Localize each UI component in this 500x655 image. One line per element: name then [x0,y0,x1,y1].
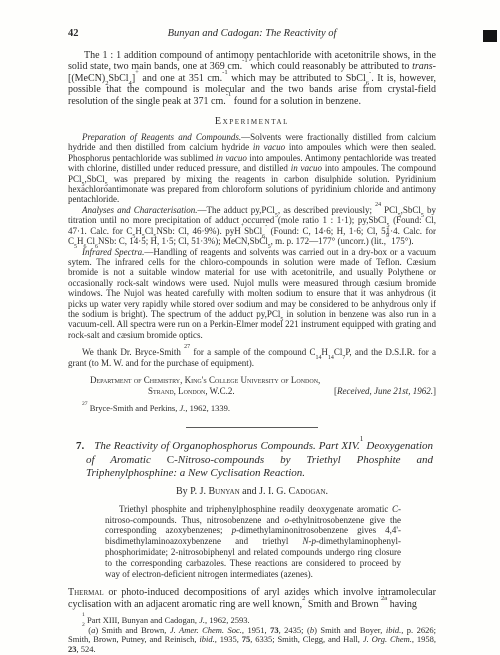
page-header: 42 Bunyan and Cadogan: The Reactivity of [68,28,436,39]
intro-paragraph: The 1 : 1 addition compound of antimony … [68,50,436,107]
analyses-paragraph: Analyses and Characterisation.—The adduc… [68,205,436,247]
running-head: Bunyan and Cadogan: The Reactivity of [102,28,402,39]
preparation-paragraph: Preparation of Reagents and Compounds.—S… [68,132,436,205]
article-opening-paragraph: Thermal or photo-induced decompositions … [68,587,436,610]
article-title: 7.The Reactivity of Organophosphorus Com… [68,440,436,481]
address-line-1: Department of Chemistry, King's College … [68,375,436,386]
article-byline: By P. J. Bunyan and J. I. G. Cadogan. [68,486,436,497]
footnote-2: 2 (a) Smith and Brown, J. Amer. Chem. So… [68,626,436,655]
address-block: Department of Chemistry, King's College … [68,375,436,396]
acknowledgement-paragraph: We thank Dr. Bryce-Smith 27 for a sample… [68,347,436,368]
article-abstract: Triethyl phosphite and triphenylphosphin… [105,504,401,580]
section-divider [186,427,318,428]
address-line-2: Strand, London, W.C.2. [148,386,235,397]
infrared-paragraph: Infrared Spectra.—Handling of reagents a… [68,247,436,341]
experimental-heading: Experimental [68,116,436,127]
journal-page: 42 Bunyan and Cadogan: The Reactivity of… [0,0,500,655]
footnote-27: 27 Bryce-Smith and Perkins, J., 1962, 13… [68,404,436,414]
page-number: 42 [68,28,102,39]
received-date: [Received, June 21st, 1962.] [334,386,436,397]
article-footnotes: 1 Part XIII, Bunyan and Cadogan, J., 196… [68,616,436,655]
scan-artifact-mark [483,30,497,42]
